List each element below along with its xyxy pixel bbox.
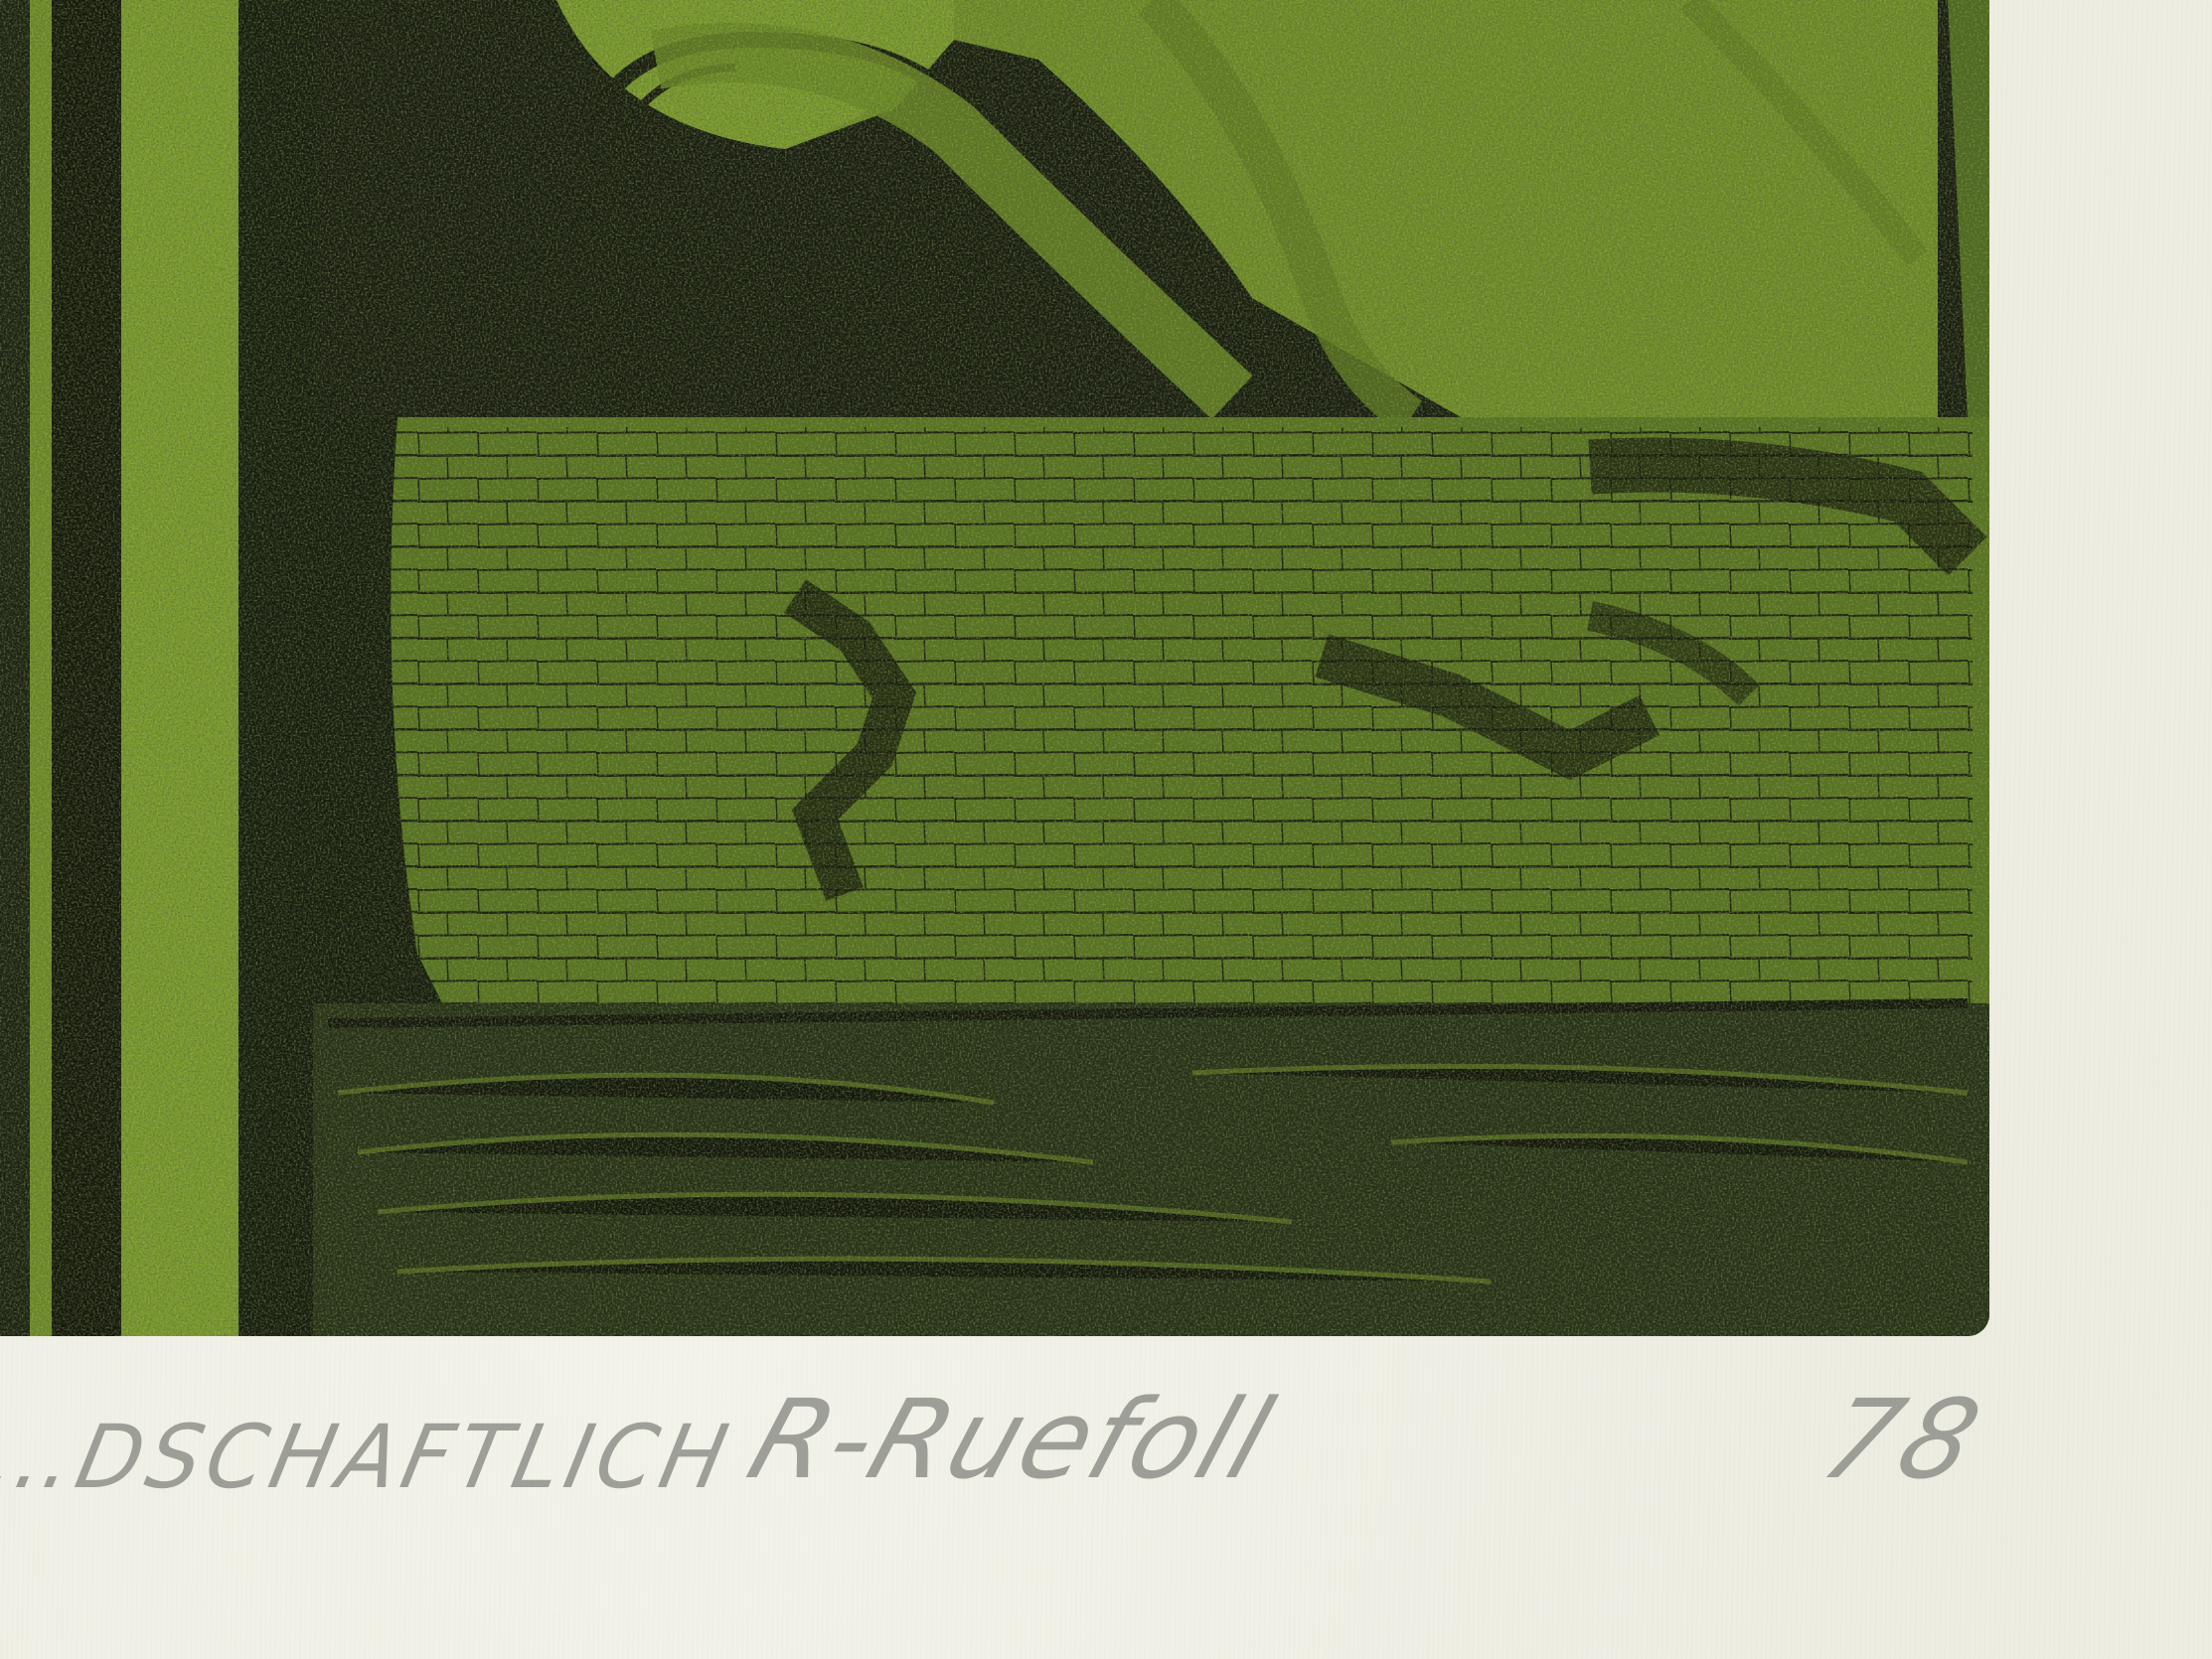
artist-signature: R-Ruefoll (734, 1376, 1288, 1503)
artwork-title-inscription: …DSCHAFTLICH (0, 1406, 741, 1508)
etching-image (0, 0, 1989, 1336)
etching-plate (0, 0, 1989, 1336)
